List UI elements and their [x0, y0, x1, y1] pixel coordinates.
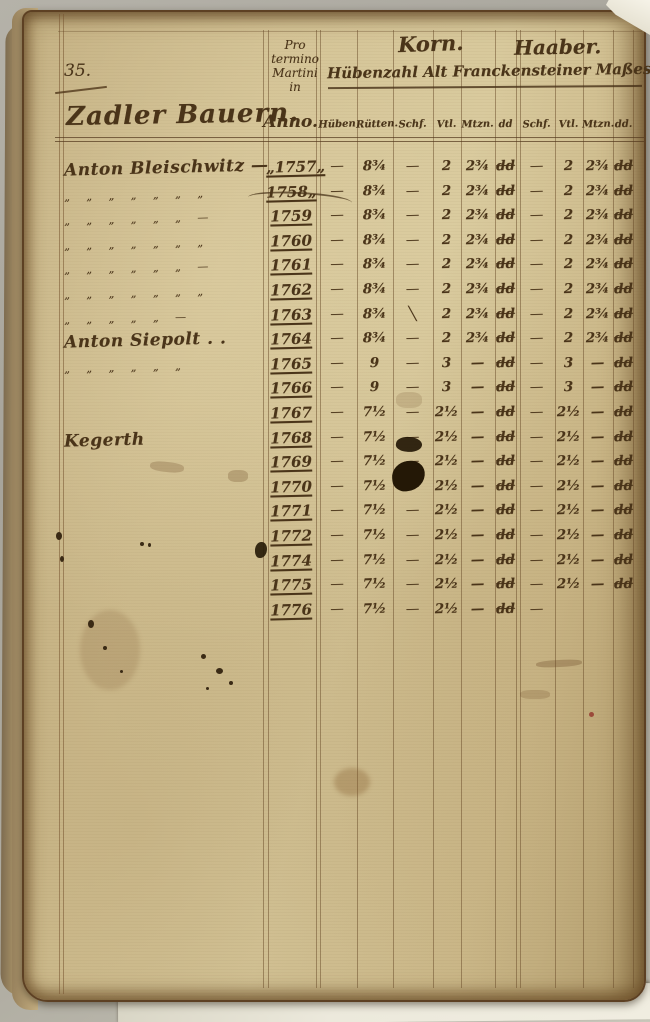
- haaber-dd-value: dd: [612, 330, 635, 347]
- korn-scheffel-value: ╲: [392, 305, 433, 322]
- ink-speck: [216, 668, 223, 674]
- haaber-metzen-value: —: [582, 527, 613, 544]
- korn-viertel-value: 2½: [432, 576, 461, 593]
- haaber-metzen-value: 2¾: [582, 231, 613, 248]
- haaber-metzen-value: 2¾: [582, 207, 613, 224]
- ruthen-value: 8¾: [356, 330, 393, 347]
- year-value: 1764: [266, 330, 316, 349]
- haaber-metzen-value: 2¾: [582, 330, 613, 347]
- korn-scheffel-value: —: [392, 502, 433, 519]
- table-row: 1774 — 7½ — 2½ — dd — 2½ — dd: [0, 552, 650, 578]
- haaber-scheffel-value: —: [518, 354, 555, 371]
- korn-dd-value: dd: [494, 428, 517, 445]
- huben-value: —: [318, 182, 356, 199]
- korn-scheffel-value: —: [392, 182, 433, 199]
- haaber-scheffel-value: —: [518, 576, 555, 593]
- korn-viertel-value: 2½: [432, 551, 461, 568]
- korn-metzen-value: —: [460, 477, 495, 494]
- haaber-dd-value: dd: [612, 477, 635, 494]
- korn-metzen-value: —: [460, 551, 495, 568]
- huben-value: —: [318, 158, 356, 175]
- korn-metzen-value: 2¾: [460, 207, 495, 224]
- table-row: „ „ „ „ „ „ — 1759 — 8¾ — 2 2¾ dd — 2 2¾…: [0, 207, 650, 233]
- ink-speck: [201, 654, 206, 659]
- haaber-viertel-value: 2: [554, 330, 583, 347]
- korn-scheffel-value: —: [392, 526, 433, 543]
- year-value: 1765: [266, 354, 316, 373]
- korn-dd-value: dd: [494, 576, 517, 593]
- haaber-viertel-value: 2½: [554, 527, 583, 544]
- table-row: Anton Siepolt . . 1764 — 8¾ — 2 2¾ dd — …: [0, 330, 650, 356]
- haaber-dd-value: dd: [612, 207, 635, 224]
- haaber-dd-value: dd: [612, 281, 635, 298]
- ink-speck: [88, 620, 94, 628]
- korn-viertel-value: 2: [432, 305, 461, 322]
- haaber-viertel-value: 2½: [554, 428, 583, 445]
- ruthen-value: 7½: [356, 576, 393, 593]
- year-value: 1762: [266, 280, 316, 299]
- ink-speck: [103, 646, 107, 650]
- haaber-metzen-value: 2¾: [582, 158, 613, 175]
- haaber-viertel-value: 3: [554, 354, 583, 371]
- haaber-dd-value: dd: [612, 379, 635, 396]
- haaber-dd-value: dd: [612, 404, 635, 421]
- korn-metzen-value: 2¾: [460, 256, 495, 273]
- table-row: „ „ „ „ „ „ „ 1760 — 8¾ — 2 2¾ dd — 2 2¾…: [0, 232, 650, 258]
- haaber-dd-value: dd: [612, 354, 635, 371]
- haaber-viertel-value: [554, 600, 583, 601]
- haaber-dd-value: dd: [612, 305, 635, 322]
- huben-value: —: [318, 281, 356, 298]
- korn-dd-value: dd: [494, 379, 517, 396]
- haaber-dd-value: [612, 600, 635, 601]
- table-row: „ „ „ „ „ „ 1765 — 9 — 3 — dd — 3 — dd: [0, 355, 650, 381]
- korn-scheffel-value: —: [392, 600, 433, 617]
- korn-dd-value: dd: [494, 305, 517, 322]
- ink-speck: [148, 543, 151, 547]
- korn-viertel-value: 2: [432, 231, 461, 248]
- haaber-dd-value: dd: [612, 453, 635, 470]
- farmer-name: „ „ „ „ „ „: [64, 352, 262, 375]
- ink-smudge: [520, 690, 550, 699]
- year-value: 1774: [266, 551, 316, 570]
- korn-viertel-value: 2½: [432, 477, 461, 494]
- haaber-dd-value: dd: [612, 158, 635, 175]
- farmer-name: Kegerth: [64, 426, 262, 451]
- ruthen-value: 8¾: [356, 256, 393, 273]
- huben-value: —: [318, 527, 356, 544]
- ink-smudge: [228, 470, 248, 482]
- year-value: „1757„: [266, 157, 316, 176]
- korn-scheffel-value: —: [392, 207, 433, 224]
- table-row: 1772 — 7½ — 2½ — dd — 2½ — dd: [0, 527, 650, 553]
- korn-viertel-value: 2: [432, 207, 461, 224]
- ruthen-value: 8¾: [356, 305, 393, 322]
- farmer-name: „ „ „ „ „ „ „: [64, 278, 262, 301]
- korn-viertel-value: 2: [432, 182, 461, 199]
- haaber-metzen-value: —: [582, 354, 613, 371]
- haaber-metzen-value: 2¾: [582, 182, 613, 199]
- korn-metzen-value: 2¾: [460, 305, 495, 322]
- farmer-name: „ „ „ „ „ „ „: [64, 180, 262, 203]
- korn-viertel-value: 2½: [432, 404, 461, 421]
- haaber-metzen-value: 2¾: [582, 281, 613, 298]
- korn-metzen-value: 2¾: [460, 231, 495, 248]
- ruthen-value: 8¾: [356, 281, 393, 298]
- huben-value: —: [318, 502, 356, 519]
- ruthen-value: 8¾: [356, 207, 393, 224]
- huben-value: —: [318, 305, 356, 322]
- haaber-viertel-value: 2½: [554, 502, 583, 519]
- haaber-viertel-value: 2½: [554, 477, 583, 494]
- year-value: 1775: [266, 576, 316, 595]
- huben-value: —: [318, 576, 356, 593]
- korn-dd-value: dd: [494, 158, 517, 175]
- haaber-scheffel-value: —: [518, 527, 555, 544]
- haaber-metzen-value: —: [582, 502, 613, 519]
- year-value: 1768: [266, 428, 316, 447]
- year-value: 1760: [266, 231, 316, 250]
- haaber-metzen-value: 2¾: [582, 305, 613, 322]
- haaber-dd-value: dd: [612, 256, 635, 273]
- haaber-scheffel-value: —: [518, 477, 555, 494]
- haaber-metzen-value: —: [582, 477, 613, 494]
- haaber-scheffel-value: —: [518, 453, 555, 470]
- ruthen-value: 7½: [356, 551, 393, 568]
- korn-dd-value: dd: [494, 404, 517, 421]
- ruthen-value: 8¾: [356, 182, 393, 199]
- korn-dd-value: dd: [494, 207, 517, 224]
- korn-dd-value: dd: [494, 502, 517, 519]
- korn-dd-value: dd: [494, 453, 517, 470]
- haaber-metzen-value: —: [582, 453, 613, 470]
- korn-scheffel-value: —: [392, 157, 433, 174]
- haaber-metzen-value: [582, 600, 613, 601]
- haaber-scheffel-value: —: [518, 379, 555, 396]
- haaber-dd-value: dd: [612, 231, 635, 248]
- table-row: 1770 — 7½ — 2½ — dd — 2½ — dd: [0, 478, 650, 504]
- ruthen-value: 7½: [356, 453, 393, 470]
- ledger-rows: Anton Bleischwitz — „1757„ — 8¾ — 2 2¾ d…: [0, 0, 650, 1022]
- huben-value: —: [318, 551, 356, 568]
- korn-metzen-value: —: [460, 527, 495, 544]
- haaber-dd-value: dd: [612, 551, 635, 568]
- korn-metzen-value: 2¾: [460, 330, 495, 347]
- ruthen-value: 7½: [356, 404, 393, 421]
- korn-metzen-value: —: [460, 428, 495, 445]
- korn-scheffel-value: —: [392, 576, 433, 593]
- ink-layer: 35. Korn. Haaber. Pro termino Martini in…: [0, 0, 650, 1022]
- haaber-metzen-value: —: [582, 428, 613, 445]
- year-value: 1766: [266, 379, 316, 398]
- farmer-name: „ „ „ „ „ „ „: [64, 229, 262, 252]
- korn-viertel-value: 3: [432, 379, 461, 396]
- haaber-metzen-value: 2¾: [582, 256, 613, 273]
- korn-metzen-value: 2¾: [460, 182, 495, 199]
- haaber-metzen-value: —: [582, 576, 613, 593]
- huben-value: —: [318, 330, 356, 347]
- table-row: 1766 — 9 — 3 — dd — 3 — dd: [0, 379, 650, 405]
- year-value: 1763: [266, 305, 316, 324]
- huben-value: —: [318, 600, 356, 617]
- ruthen-value: 7½: [356, 428, 393, 445]
- korn-dd-value: dd: [494, 600, 517, 617]
- haaber-viertel-value: 2: [554, 231, 583, 248]
- farmer-name: „ „ „ „ „ „ —: [64, 254, 262, 277]
- korn-metzen-value: 2¾: [460, 158, 495, 175]
- korn-dd-value: dd: [494, 256, 517, 273]
- haaber-viertel-value: 2: [554, 305, 583, 322]
- haaber-scheffel-value: —: [518, 330, 555, 347]
- year-value: 1772: [266, 526, 316, 545]
- year-value: 1758„: [266, 182, 316, 201]
- table-row: 1771 — 7½ — 2½ — dd — 2½ — dd: [0, 502, 650, 528]
- ink-speck: [229, 681, 233, 685]
- table-row: 1769 — 7½ — 2½ — dd — 2½ — dd: [0, 453, 650, 479]
- table-row: 1767 — 7½ — 2½ — dd — 2½ — dd: [0, 404, 650, 430]
- farmer-name: Anton Siepolt . .: [64, 328, 262, 353]
- korn-scheffel-value: —: [392, 256, 433, 273]
- haaber-metzen-value: —: [582, 379, 613, 396]
- korn-viertel-value: 2½: [432, 502, 461, 519]
- ink-speck: [206, 687, 209, 690]
- haaber-metzen-value: —: [582, 404, 613, 421]
- korn-scheffel-value: —: [392, 551, 433, 568]
- haaber-dd-value: dd: [612, 527, 635, 544]
- korn-viertel-value: 2½: [432, 428, 461, 445]
- huben-value: —: [318, 477, 356, 494]
- korn-metzen-value: —: [460, 502, 495, 519]
- huben-value: —: [318, 453, 356, 470]
- korn-viertel-value: 2: [432, 158, 461, 175]
- haaber-dd-value: dd: [612, 502, 635, 519]
- haaber-viertel-value: 2½: [554, 404, 583, 421]
- korn-metzen-value: —: [460, 354, 495, 371]
- ink-speck: [140, 542, 144, 546]
- korn-metzen-value: —: [460, 453, 495, 470]
- table-row: „ „ „ „ „ „ „ 1758„ — 8¾ — 2 2¾ dd — 2 2…: [0, 183, 650, 209]
- haaber-viertel-value: 2: [554, 207, 583, 224]
- huben-value: —: [318, 256, 356, 273]
- table-row: Anton Bleischwitz — „1757„ — 8¾ — 2 2¾ d…: [0, 158, 650, 184]
- haaber-viertel-value: 2½: [554, 453, 583, 470]
- haaber-viertel-value: 2: [554, 281, 583, 298]
- ruthen-value: 8¾: [356, 231, 393, 248]
- table-row: „ „ „ „ „ „ „ 1762 — 8¾ — 2 2¾ dd — 2 2¾…: [0, 281, 650, 307]
- haaber-scheffel-value: —: [518, 158, 555, 175]
- haaber-dd-value: dd: [612, 428, 635, 445]
- huben-value: —: [318, 379, 356, 396]
- korn-viertel-value: 2: [432, 256, 461, 273]
- ink-smudge: [396, 392, 422, 408]
- korn-dd-value: dd: [494, 330, 517, 347]
- huben-value: —: [318, 354, 356, 371]
- haaber-dd-value: dd: [612, 576, 635, 593]
- korn-dd-value: dd: [494, 551, 517, 568]
- korn-metzen-value: —: [460, 600, 495, 617]
- haaber-scheffel-value: —: [518, 428, 555, 445]
- haaber-scheffel-value: —: [518, 600, 555, 617]
- haaber-scheffel-value: —: [518, 281, 555, 298]
- year-value: 1770: [266, 477, 316, 496]
- haaber-scheffel-value: —: [518, 231, 555, 248]
- haaber-viertel-value: 2: [554, 182, 583, 199]
- haaber-dd-value: dd: [612, 182, 635, 199]
- korn-scheffel-value: —: [392, 354, 433, 371]
- korn-metzen-value: —: [460, 379, 495, 396]
- korn-metzen-value: —: [460, 404, 495, 421]
- huben-value: —: [318, 207, 356, 224]
- farmer-name: Anton Bleischwitz —: [64, 155, 262, 180]
- haaber-viertel-value: 2½: [554, 576, 583, 593]
- korn-dd-value: dd: [494, 182, 517, 199]
- huben-value: —: [318, 428, 356, 445]
- korn-scheffel-value: —: [392, 330, 433, 347]
- haaber-scheffel-value: —: [518, 305, 555, 322]
- ruthen-value: 9: [356, 354, 393, 371]
- haaber-metzen-value: —: [582, 551, 613, 568]
- korn-viertel-value: 2½: [432, 600, 461, 617]
- korn-viertel-value: 2: [432, 281, 461, 298]
- korn-viertel-value: 3: [432, 354, 461, 371]
- ruthen-value: 9: [356, 379, 393, 396]
- huben-value: —: [318, 231, 356, 248]
- korn-dd-value: dd: [494, 354, 517, 371]
- ink-speck: [120, 670, 123, 673]
- ink-speck: [60, 556, 64, 562]
- table-row: „ „ „ „ „ — 1763 — 8¾ ╲ 2 2¾ dd — 2 2¾ d…: [0, 306, 650, 332]
- ruthen-value: 8¾: [356, 158, 393, 175]
- korn-dd-value: dd: [494, 527, 517, 544]
- korn-dd-value: dd: [494, 477, 517, 494]
- korn-metzen-value: —: [460, 576, 495, 593]
- table-row: 1775 — 7½ — 2½ — dd — 2½ — dd: [0, 576, 650, 602]
- haaber-viertel-value: 3: [554, 379, 583, 396]
- haaber-scheffel-value: —: [518, 404, 555, 421]
- korn-dd-value: dd: [494, 281, 517, 298]
- korn-dd-value: dd: [494, 231, 517, 248]
- haaber-scheffel-value: —: [518, 256, 555, 273]
- korn-viertel-value: 2½: [432, 453, 461, 470]
- farmer-name: „ „ „ „ „ —: [64, 303, 262, 326]
- ruthen-value: 7½: [356, 477, 393, 494]
- year-value: 1771: [266, 502, 316, 521]
- huben-value: —: [318, 404, 356, 421]
- year-value: 1776: [266, 600, 316, 619]
- year-value: 1761: [266, 256, 316, 275]
- year-value: 1759: [266, 207, 316, 226]
- ruthen-value: 7½: [356, 527, 393, 544]
- haaber-viertel-value: 2: [554, 158, 583, 175]
- korn-metzen-value: 2¾: [460, 281, 495, 298]
- korn-viertel-value: 2: [432, 330, 461, 347]
- haaber-scheffel-value: —: [518, 551, 555, 568]
- haaber-scheffel-value: —: [518, 207, 555, 224]
- haaber-scheffel-value: —: [518, 502, 555, 519]
- korn-viertel-value: 2½: [432, 527, 461, 544]
- ruthen-value: 7½: [356, 502, 393, 519]
- haaber-viertel-value: 2½: [554, 551, 583, 568]
- korn-scheffel-value: —: [392, 231, 433, 248]
- table-row: Kegerth 1768 — 7½ — 2½ — dd — 2½ — dd: [0, 429, 650, 455]
- year-value: 1769: [266, 453, 316, 472]
- scanned-ledger-page: 35. Korn. Haaber. Pro termino Martini in…: [0, 0, 650, 1022]
- ruthen-value: 7½: [356, 600, 393, 617]
- ink-speck: [56, 532, 62, 540]
- ink-speck: [589, 712, 594, 717]
- korn-scheffel-value: —: [392, 280, 433, 297]
- haaber-scheffel-value: —: [518, 182, 555, 199]
- haaber-viertel-value: 2: [554, 256, 583, 273]
- farmer-name: „ „ „ „ „ „ —: [64, 205, 262, 228]
- year-value: 1767: [266, 403, 316, 422]
- paper-stain: [334, 768, 370, 796]
- table-row: „ „ „ „ „ „ — 1761 — 8¾ — 2 2¾ dd — 2 2¾…: [0, 256, 650, 282]
